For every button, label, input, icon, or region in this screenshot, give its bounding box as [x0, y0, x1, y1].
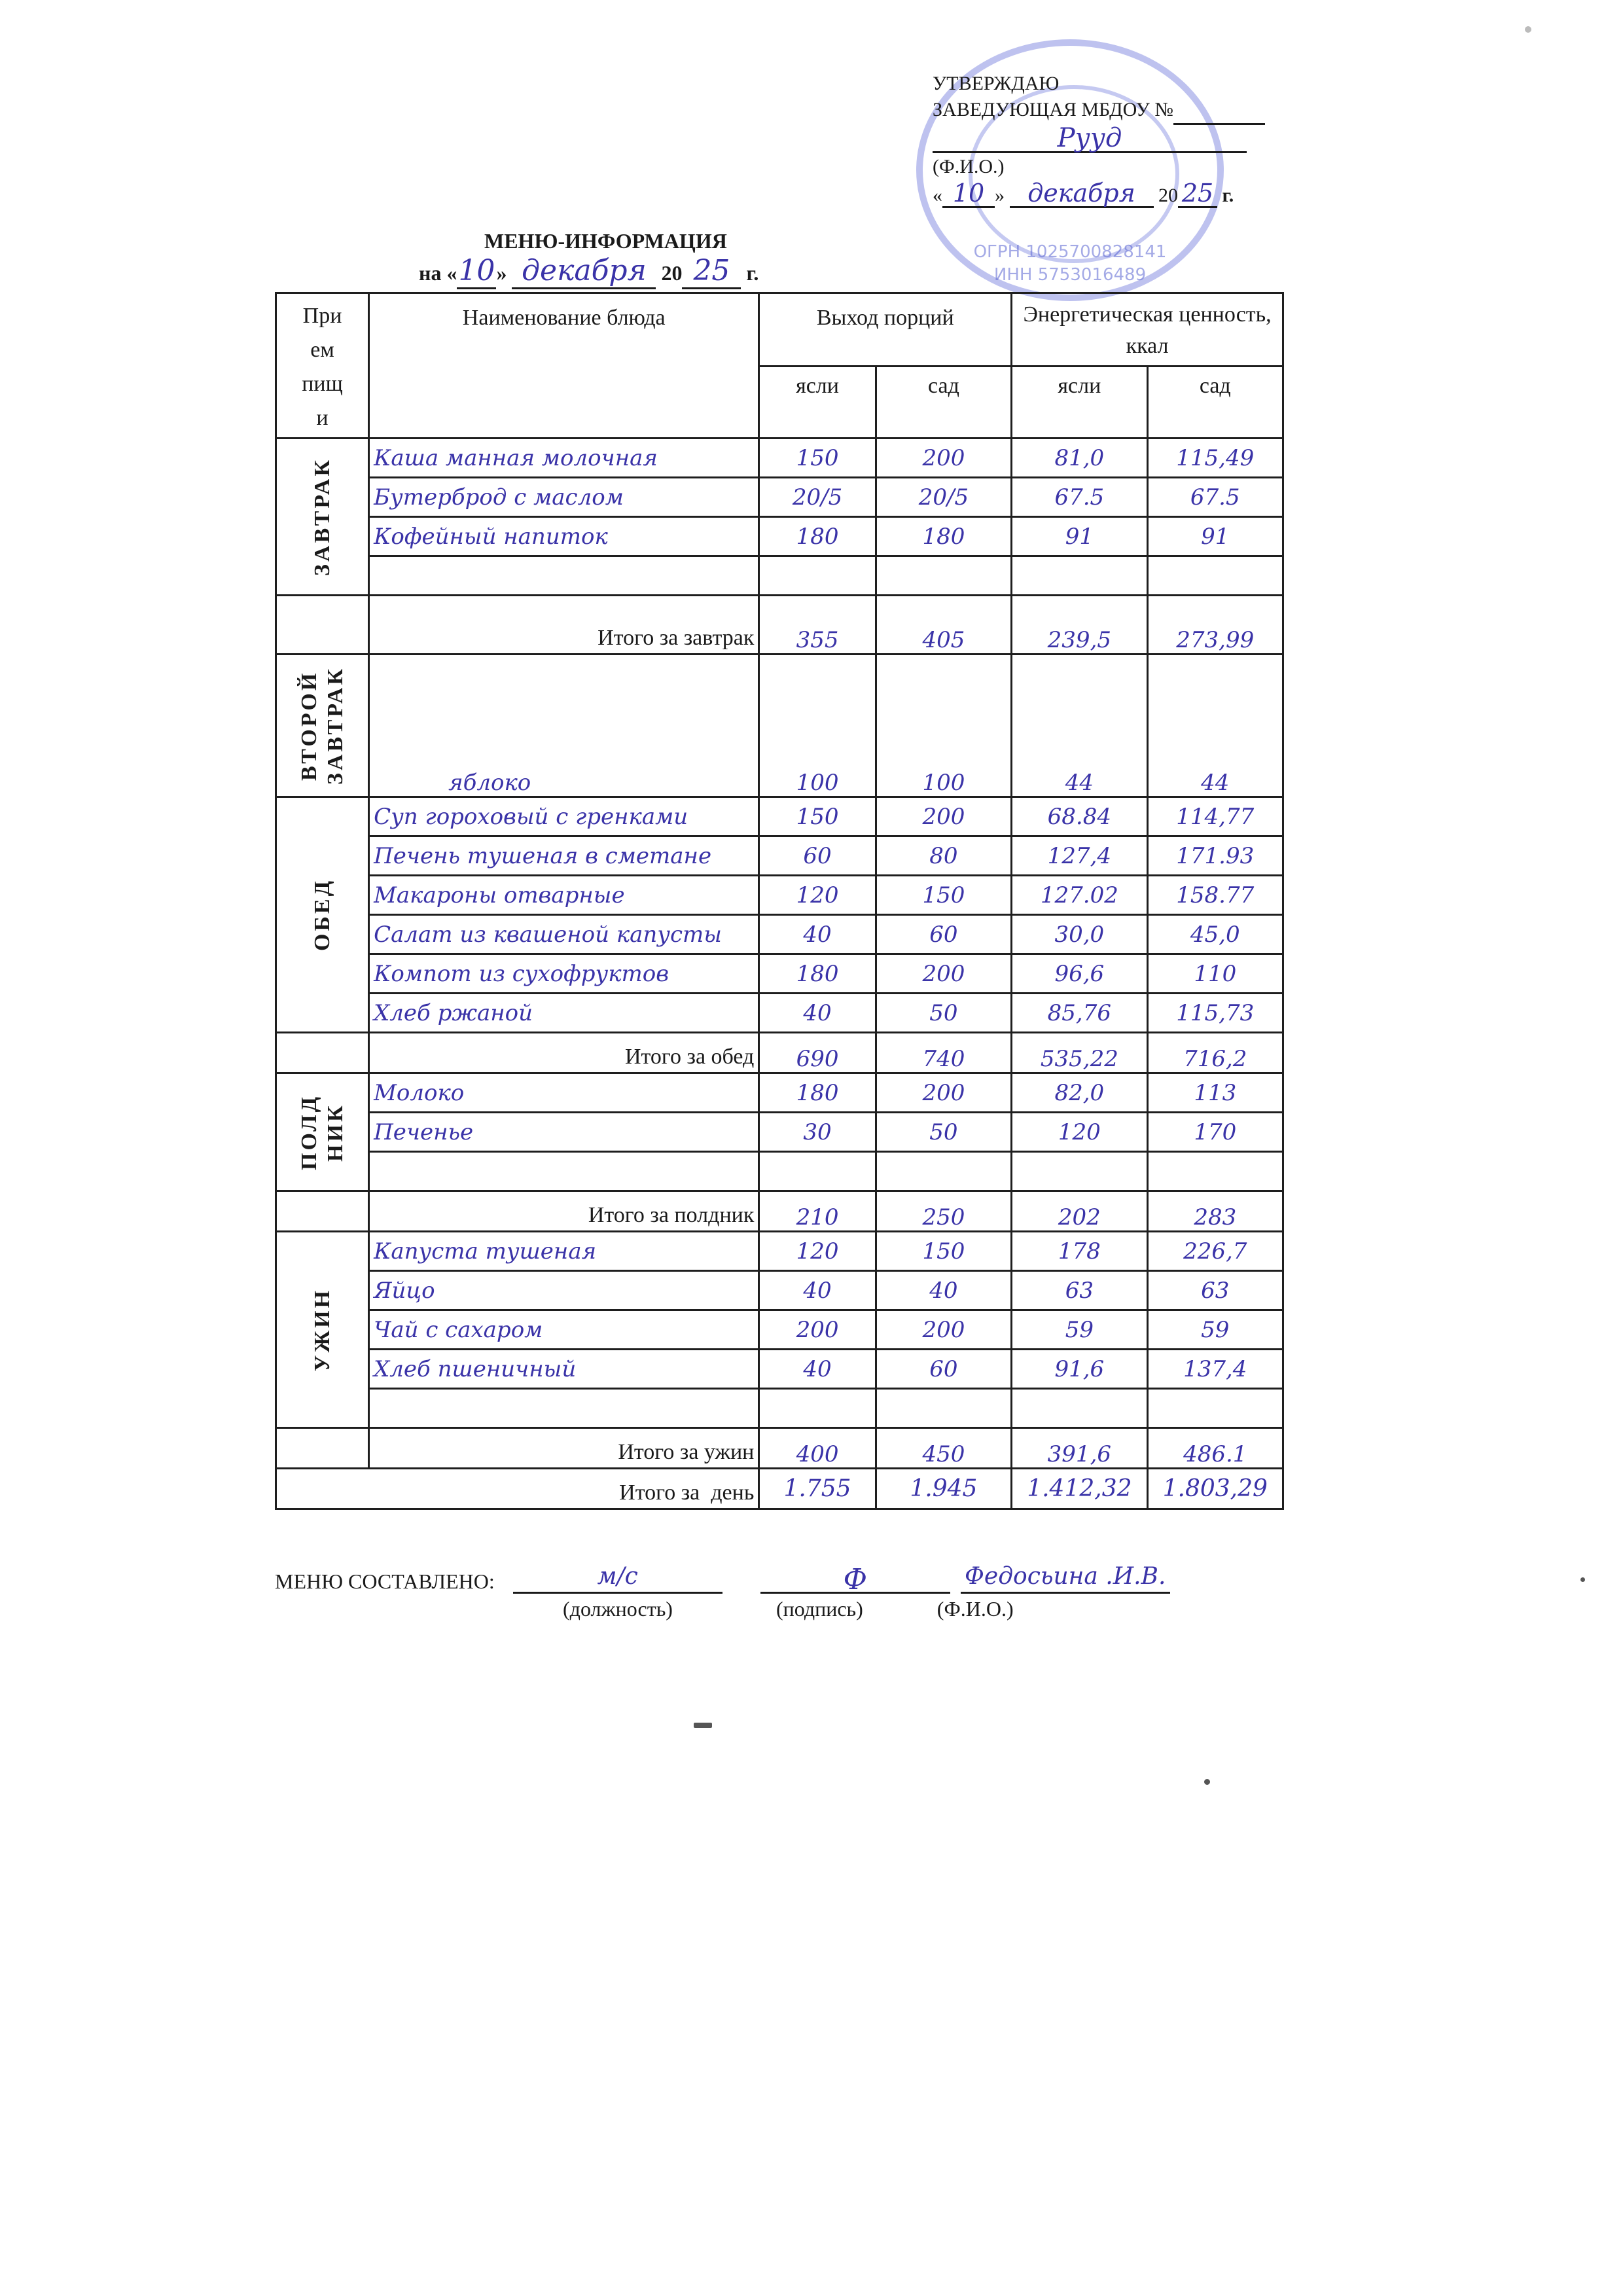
value-portion-nursery — [759, 1389, 876, 1428]
section-label: ЗАВТРАК — [310, 457, 336, 576]
table-row: Печенье3050120170 — [276, 1113, 1283, 1152]
value-energy-nursery: 68.84 — [1012, 797, 1147, 836]
value-energy-garden: 171.93 — [1147, 836, 1283, 876]
value-portion-garden: 20/5 — [876, 478, 1011, 517]
dish-name: Каша манная молочная — [369, 439, 759, 478]
value-portion-garden — [876, 1389, 1011, 1428]
value-portion-nursery: 120 — [759, 876, 876, 915]
value-energy-garden: 110 — [1147, 954, 1283, 994]
table-row — [276, 556, 1283, 596]
table-row: ПОЛДНИКМолоко18020082,0113 — [276, 1073, 1283, 1113]
value-energy-nursery: 82,0 — [1012, 1073, 1147, 1113]
header-portion-nursery: ясли — [759, 367, 876, 439]
header-energy: Энергетическая ценность, ккал — [1012, 293, 1283, 367]
total-label: Итого за ужин — [369, 1428, 759, 1469]
total-portion-garden: 405 — [876, 596, 1011, 655]
dish-name: Чай с сахаром — [369, 1310, 759, 1350]
table-row: ЗАВТРАККаша манная молочная15020081,0115… — [276, 439, 1283, 478]
value-portion-garden: 50 — [876, 994, 1011, 1033]
date-year-prefix: 20 — [661, 261, 682, 285]
value-portion-garden: 150 — [876, 1232, 1011, 1271]
day-total-portion-nursery: 1.755 — [759, 1469, 876, 1509]
table-row: Яйцо40406363 — [276, 1271, 1283, 1310]
value-energy-nursery — [1012, 1152, 1147, 1191]
value-energy-nursery: 44 — [1012, 655, 1147, 797]
value-portion-garden: 40 — [876, 1271, 1011, 1310]
header-meal-text: Приемпищи — [281, 299, 364, 435]
date-day: 10 — [457, 254, 496, 289]
table-row: Хлеб ржаной405085,76115,73 — [276, 994, 1283, 1033]
value-energy-garden — [1147, 556, 1283, 596]
value-energy-garden: 226,7 — [1147, 1232, 1283, 1271]
header-row: Приемпищи Наименование блюда Выход порци… — [276, 293, 1283, 367]
value-portion-nursery: 60 — [759, 836, 876, 876]
value-energy-nursery: 127,4 — [1012, 836, 1147, 876]
dish-name: Макароны отварные — [369, 876, 759, 915]
approval-day: 10 — [942, 180, 995, 208]
date-year-unit: г. — [746, 261, 758, 285]
section-cell: ПОЛДНИК — [276, 1073, 369, 1191]
total-energy-garden: 273,99 — [1147, 596, 1283, 655]
value-portion-nursery — [759, 556, 876, 596]
value-portion-garden — [876, 1152, 1011, 1191]
value-energy-garden: 44 — [1147, 655, 1283, 797]
value-energy-nursery: 30,0 — [1012, 915, 1147, 954]
value-portion-nursery: 30 — [759, 1113, 876, 1152]
value-portion-nursery: 20/5 — [759, 478, 876, 517]
value-portion-garden: 60 — [876, 915, 1011, 954]
total-spacer — [276, 1428, 369, 1469]
value-energy-nursery: 91 — [1012, 517, 1147, 556]
total-label: Итого за полдник — [369, 1191, 759, 1232]
approval-title: УТВЕРЖДАЮ — [933, 71, 1265, 97]
menu-table: Приемпищи Наименование блюда Выход порци… — [275, 292, 1284, 1510]
total-row: Итого за ужин400450391,6486.1 — [276, 1428, 1283, 1469]
approval-year-prefix: 20 — [1158, 185, 1178, 206]
value-energy-nursery — [1012, 556, 1147, 596]
document-title: МЕНЮ-ИНФОРМАЦИЯ — [484, 229, 727, 253]
value-energy-nursery: 67.5 — [1012, 478, 1147, 517]
value-energy-nursery: 59 — [1012, 1310, 1147, 1350]
dish-name: Капуста тушеная — [369, 1232, 759, 1271]
footer-label: МЕНЮ СОСТАВЛЕНО: — [275, 1570, 495, 1593]
value-energy-nursery: 81,0 — [1012, 439, 1147, 478]
value-portion-garden: 200 — [876, 797, 1011, 836]
date-month: декабря — [512, 254, 656, 289]
value-energy-nursery: 91,6 — [1012, 1350, 1147, 1389]
total-energy-garden: 486.1 — [1147, 1428, 1283, 1469]
value-portion-garden: 50 — [876, 1113, 1011, 1152]
table-row: Чай с сахаром2002005959 — [276, 1310, 1283, 1350]
section-label: ОБЕД — [310, 878, 336, 951]
total-row: Итого за завтрак355405239,5273,99 — [276, 596, 1283, 655]
caption-signature: (подпись) — [776, 1597, 863, 1621]
header-energy-garden: сад — [1147, 367, 1283, 439]
dish-name: Яйцо — [369, 1271, 759, 1310]
table-row: Бутерброд с маслом20/520/567.567.5 — [276, 478, 1283, 517]
dish-name: Печень тушеная в сметане — [369, 836, 759, 876]
scan-speck — [1580, 1577, 1585, 1582]
table-row: Хлеб пшеничный406091,6137,4 — [276, 1350, 1283, 1389]
approval-block: УТВЕРЖДАЮ ЗАВЕДУЮЩАЯ МБДОУ № Рууд (Ф.И.О… — [933, 71, 1265, 209]
value-energy-garden: 137,4 — [1147, 1350, 1283, 1389]
dish-name: Хлеб ржаной — [369, 994, 759, 1033]
value-energy-garden: 158.77 — [1147, 876, 1283, 915]
stamp-inn: ИНН 5753016489 — [923, 265, 1217, 285]
total-portion-garden: 250 — [876, 1191, 1011, 1232]
value-energy-garden — [1147, 1389, 1283, 1428]
table-row: Печень тушеная в сметане6080127,4171.93 — [276, 836, 1283, 876]
value-energy-garden: 59 — [1147, 1310, 1283, 1350]
total-energy-garden: 716,2 — [1147, 1033, 1283, 1073]
table-row: Компот из сухофруктов18020096,6110 — [276, 954, 1283, 994]
scan-speck — [1525, 26, 1531, 33]
value-portion-nursery: 150 — [759, 797, 876, 836]
value-energy-nursery: 127.02 — [1012, 876, 1147, 915]
value-portion-garden: 100 — [876, 655, 1011, 797]
footer-compiled: МЕНЮ СОСТАВЛЕНО: м/с Ф Федосьина .И.В. — [275, 1563, 1170, 1594]
value-portion-nursery: 150 — [759, 439, 876, 478]
value-portion-nursery: 180 — [759, 517, 876, 556]
value-portion-nursery: 40 — [759, 994, 876, 1033]
header-meal: Приемпищи — [276, 293, 369, 439]
value-energy-nursery: 178 — [1012, 1232, 1147, 1271]
section-cell: ОБЕД — [276, 797, 369, 1033]
value-energy-garden: 113 — [1147, 1073, 1283, 1113]
value-portion-nursery: 40 — [759, 1350, 876, 1389]
dish-name: Печенье — [369, 1113, 759, 1152]
value-portion-nursery: 120 — [759, 1232, 876, 1271]
value-portion-garden: 60 — [876, 1350, 1011, 1389]
total-row: Итого за обед690740535,22716,2 — [276, 1033, 1283, 1073]
approval-position: ЗАВЕДУЮЩАЯ МБДОУ № — [933, 99, 1173, 120]
date-prefix: на « — [419, 261, 457, 285]
total-energy-nursery: 535,22 — [1012, 1033, 1147, 1073]
value-energy-garden: 63 — [1147, 1271, 1283, 1310]
value-energy-nursery — [1012, 1389, 1147, 1428]
caption-fio: (Ф.И.О.) — [937, 1597, 1014, 1621]
header-portion: Выход порций — [759, 293, 1012, 367]
approval-year: 25 — [1178, 180, 1217, 208]
value-energy-garden — [1147, 1152, 1283, 1191]
value-portion-garden: 200 — [876, 1310, 1011, 1350]
total-portion-nursery: 400 — [759, 1428, 876, 1469]
approval-year-unit: г. — [1222, 185, 1234, 206]
total-energy-garden: 283 — [1147, 1191, 1283, 1232]
table-row — [276, 1389, 1283, 1428]
value-portion-nursery — [759, 1152, 876, 1191]
value-energy-garden: 115,73 — [1147, 994, 1283, 1033]
value-portion-nursery: 100 — [759, 655, 876, 797]
value-portion-nursery: 180 — [759, 954, 876, 994]
value-portion-garden: 200 — [876, 954, 1011, 994]
total-spacer — [276, 596, 369, 655]
total-portion-nursery: 355 — [759, 596, 876, 655]
day-total-row: Итого за день1.7551.9451.412,321.803,29 — [276, 1469, 1283, 1509]
header-dish: Наименование блюда — [369, 293, 759, 439]
dish-name: яблоко — [369, 655, 759, 797]
date-year: 25 — [682, 254, 741, 289]
value-portion-garden: 200 — [876, 1073, 1011, 1113]
date-quote: » — [496, 261, 507, 285]
day-total-energy-nursery: 1.412,32 — [1012, 1469, 1147, 1509]
dish-name — [369, 556, 759, 596]
caption-position: (должность) — [563, 1597, 673, 1621]
footer-fio: Федосьина .И.В. — [961, 1563, 1170, 1594]
value-energy-nursery: 85,76 — [1012, 994, 1147, 1033]
value-portion-garden: 80 — [876, 836, 1011, 876]
table-row: УЖИНКапуста тушеная120150178226,7 — [276, 1232, 1283, 1271]
scan-speck — [694, 1723, 712, 1728]
section-cell: ЗАВТРАК — [276, 439, 369, 596]
total-row: Итого за полдник210250202283 — [276, 1191, 1283, 1232]
value-energy-garden: 170 — [1147, 1113, 1283, 1152]
approval-month: декабря — [1010, 180, 1154, 208]
total-energy-nursery: 202 — [1012, 1191, 1147, 1232]
header-portion-garden: сад — [876, 367, 1011, 439]
approval-fio-caption: (Ф.И.О.) — [933, 154, 1265, 180]
table-row: Кофейный напиток1801809191 — [276, 517, 1283, 556]
value-portion-garden — [876, 556, 1011, 596]
stamp-ogrn: ОГРН 1025700828141 — [923, 242, 1217, 262]
table-row: Макароны отварные120150127.02158.77 — [276, 876, 1283, 915]
value-portion-nursery: 40 — [759, 915, 876, 954]
dish-name — [369, 1389, 759, 1428]
total-portion-garden: 450 — [876, 1428, 1011, 1469]
day-total-portion-garden: 1.945 — [876, 1469, 1011, 1509]
value-energy-garden: 67.5 — [1147, 478, 1283, 517]
value-portion-garden: 180 — [876, 517, 1011, 556]
dish-name: Хлеб пшеничный — [369, 1350, 759, 1389]
footer-position: м/с — [513, 1563, 722, 1594]
footer-signature: Ф — [760, 1563, 950, 1594]
value-portion-garden: 150 — [876, 876, 1011, 915]
value-portion-nursery: 40 — [759, 1271, 876, 1310]
table-row: ОБЕДСуп гороховый с гренками15020068.841… — [276, 797, 1283, 836]
day-total-energy-garden: 1.803,29 — [1147, 1469, 1283, 1509]
value-energy-nursery: 120 — [1012, 1113, 1147, 1152]
value-portion-nursery: 200 — [759, 1310, 876, 1350]
section-label: ПОЛДНИК — [296, 1094, 349, 1170]
total-spacer — [276, 1033, 369, 1073]
dish-name: Бутерброд с маслом — [369, 478, 759, 517]
dish-name: Кофейный напиток — [369, 517, 759, 556]
header-energy-nursery: ясли — [1012, 367, 1147, 439]
value-energy-garden: 91 — [1147, 517, 1283, 556]
approval-signature: Рууд — [933, 125, 1247, 153]
footer-captions: (должность) (подпись) (Ф.И.О.) — [563, 1597, 1014, 1621]
section-cell: УЖИН — [276, 1232, 369, 1428]
value-portion-garden: 200 — [876, 439, 1011, 478]
section-label: ВТОРОЙЗАВТРАК — [296, 666, 349, 785]
dish-name: Суп гороховый с гренками — [369, 797, 759, 836]
total-label: Итого за обед — [369, 1033, 759, 1073]
section-label: УЖИН — [310, 1288, 336, 1371]
table-row: Салат из квашеной капусты406030,045,0 — [276, 915, 1283, 954]
scan-speck — [1204, 1779, 1210, 1785]
value-energy-nursery: 96,6 — [1012, 954, 1147, 994]
dish-name: Компот из сухофруктов — [369, 954, 759, 994]
day-total-label: Итого за день — [276, 1469, 759, 1509]
value-portion-nursery: 180 — [759, 1073, 876, 1113]
value-energy-garden: 45,0 — [1147, 915, 1283, 954]
value-energy-garden: 114,77 — [1147, 797, 1283, 836]
total-portion-nursery: 690 — [759, 1033, 876, 1073]
table-row — [276, 1152, 1283, 1191]
dish-name: Салат из квашеной капусты — [369, 915, 759, 954]
total-portion-garden: 740 — [876, 1033, 1011, 1073]
section-cell: ВТОРОЙЗАВТРАК — [276, 655, 369, 797]
table-row: ВТОРОЙЗАВТРАКяблоко1001004444 — [276, 655, 1283, 797]
value-energy-nursery: 63 — [1012, 1271, 1147, 1310]
document-date: на «10» декабря 2025 г. — [419, 254, 758, 289]
total-energy-nursery: 391,6 — [1012, 1428, 1147, 1469]
dish-name — [369, 1152, 759, 1191]
total-spacer — [276, 1191, 369, 1232]
dish-name: Молоко — [369, 1073, 759, 1113]
total-portion-nursery: 210 — [759, 1191, 876, 1232]
value-energy-garden: 115,49 — [1147, 439, 1283, 478]
total-energy-nursery: 239,5 — [1012, 596, 1147, 655]
total-label: Итого за завтрак — [369, 596, 759, 655]
